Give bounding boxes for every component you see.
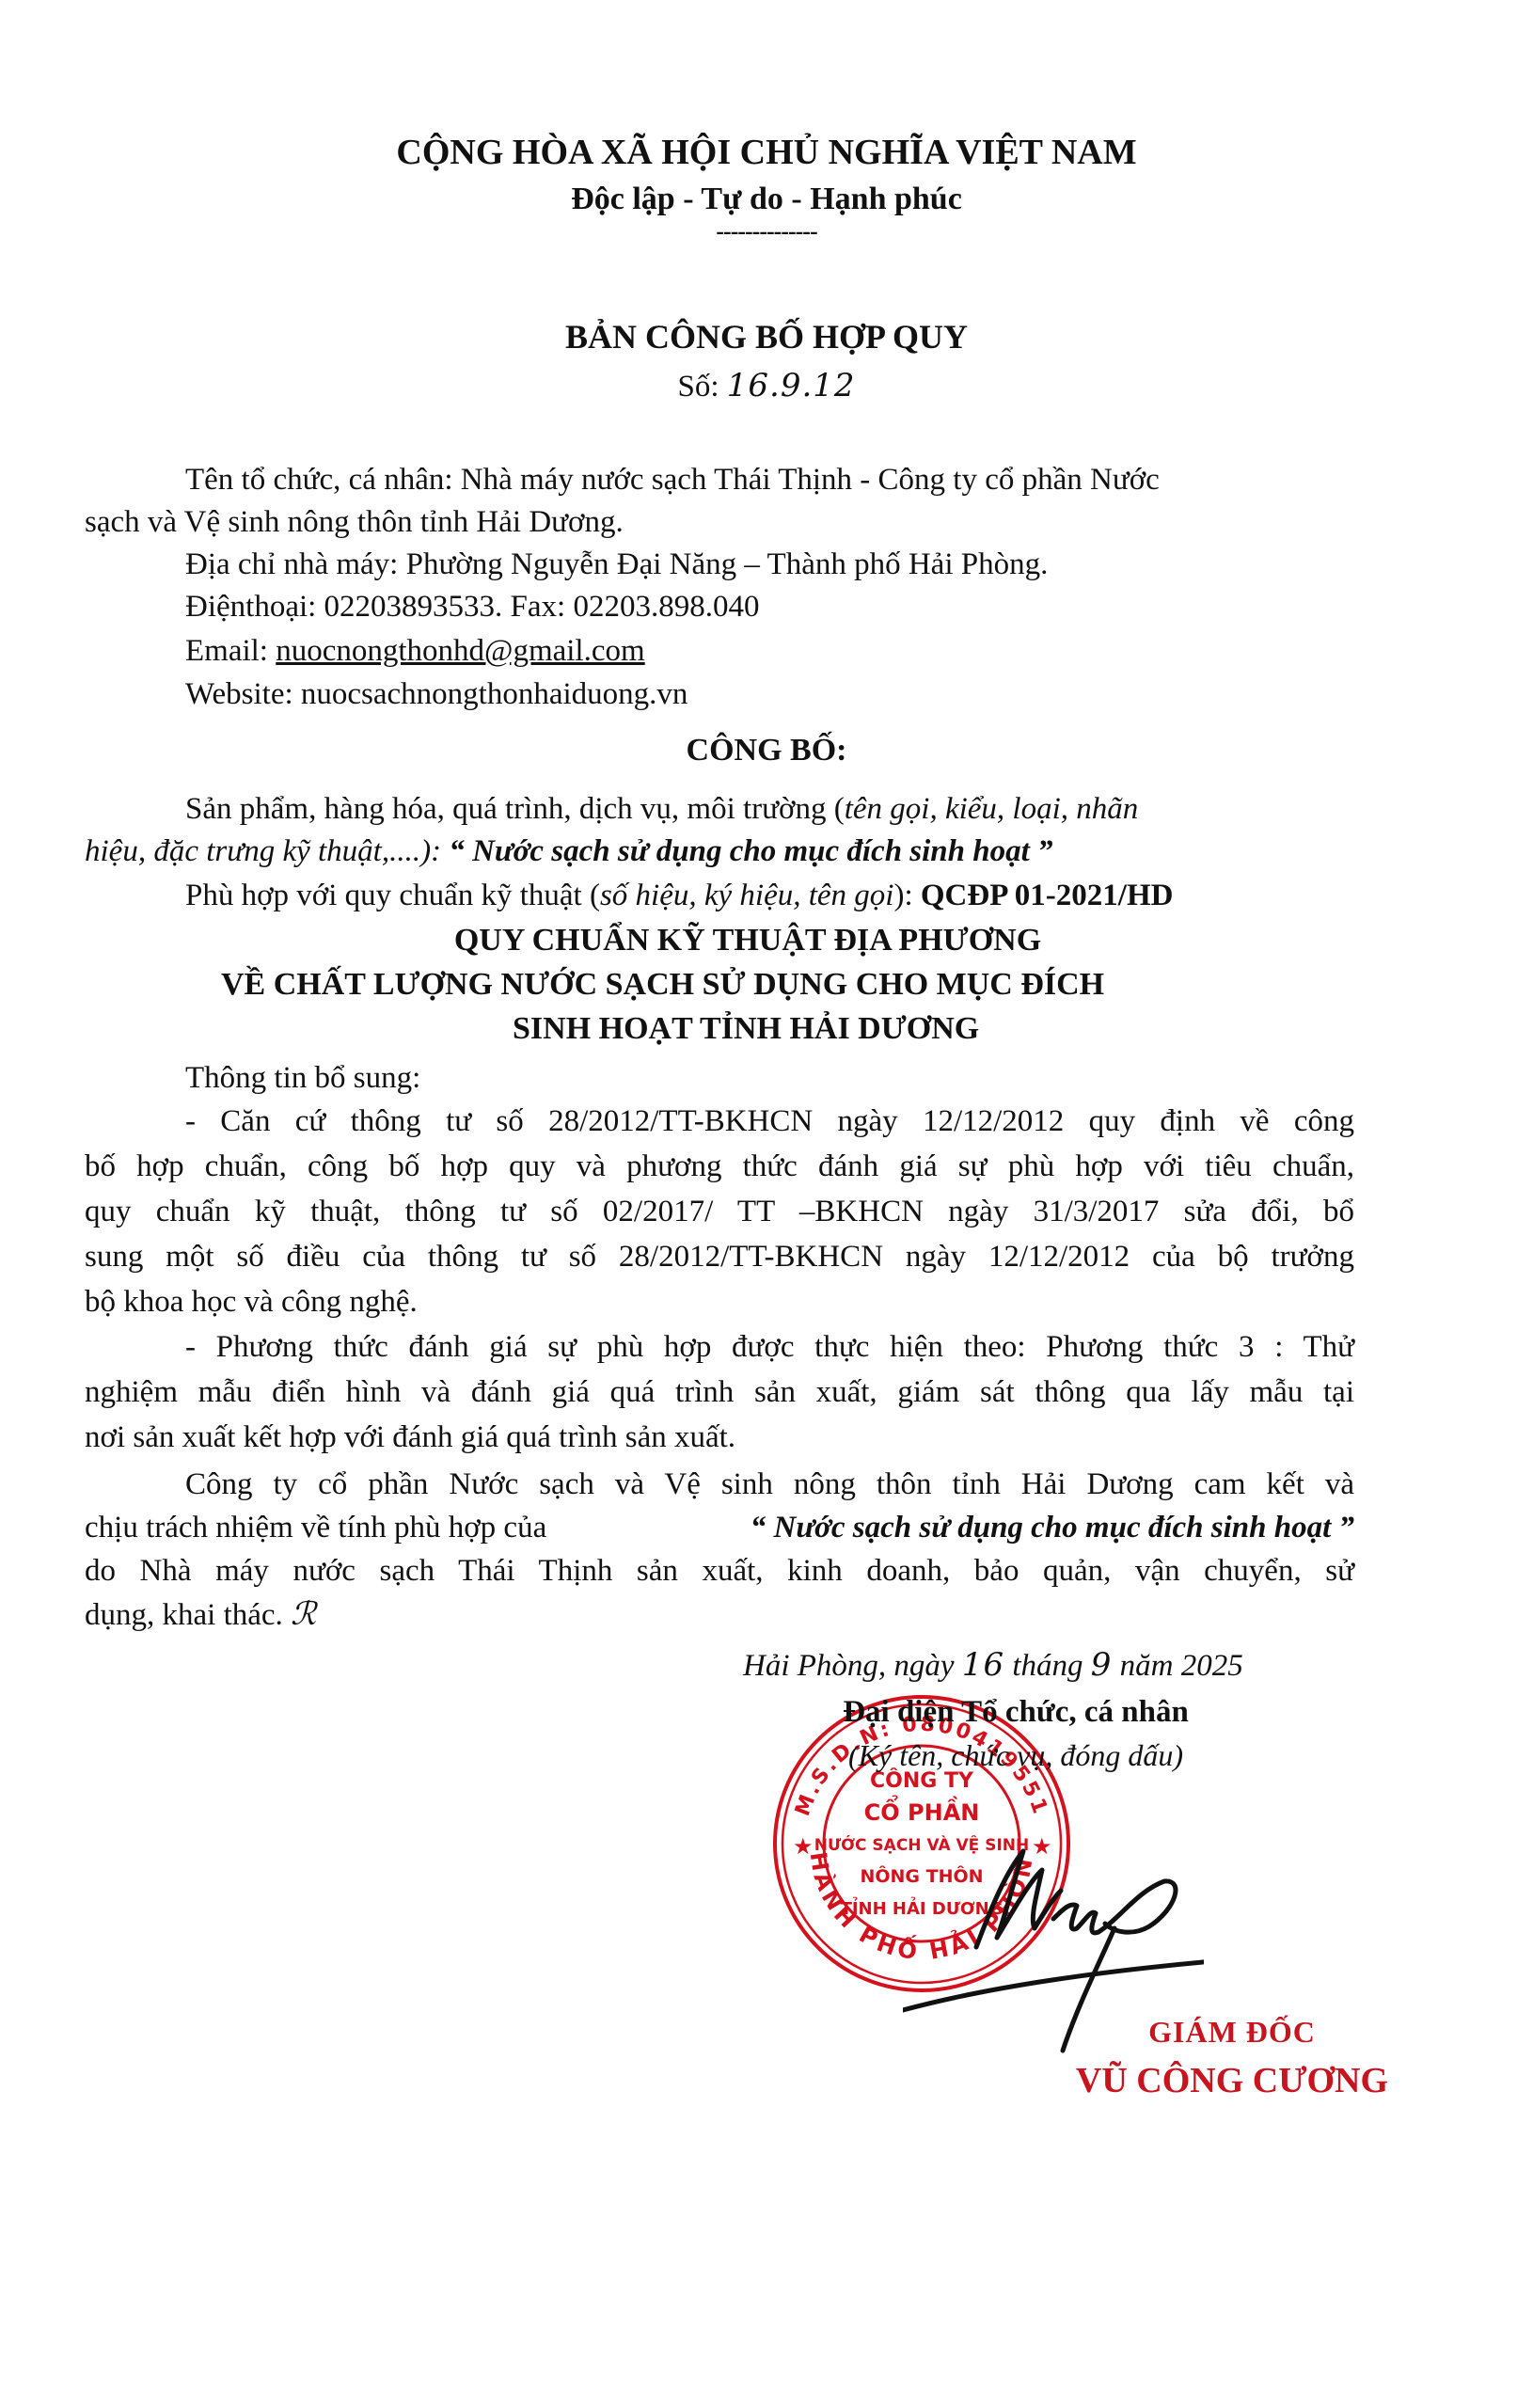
org-name-line2: sạch và Vệ sinh nông thôn tỉnh Hải Dương…	[85, 503, 624, 541]
initials-mark: ℛ	[291, 1595, 317, 1633]
commit-line1: Công ty cổ phần Nước sạch và Vệ sinh nôn…	[185, 1465, 1354, 1503]
product-line2: hiệu, đặc trưng kỹ thuật,....): “ Nước s…	[85, 832, 1053, 870]
representative-label: Đại diện Tổ chức, cá nhân	[658, 1693, 1373, 1731]
number-label: Số:	[677, 370, 719, 404]
date-month: 9	[1091, 1646, 1113, 1684]
extra-para1-line5: bộ khoa học và công nghệ.	[85, 1283, 418, 1321]
conform-hint: số hiệu, ký hiệu, tên gọi	[600, 879, 894, 912]
number-value: 16.9.12	[727, 367, 856, 404]
commit-prefix: chịu trách nhiệm về tính phù hợp của	[85, 1509, 546, 1546]
date-year: năm 2025	[1112, 1649, 1242, 1683]
extra-para1-line3: quy chuẩn kỹ thuật, thông tư số 02/2017/…	[85, 1193, 1354, 1230]
commit-product: “ Nước sạch sử dụng cho mục đích sinh ho…	[751, 1509, 1354, 1546]
date-place: Hải Phòng, ngày	[743, 1649, 962, 1683]
document-title: BẢN CÔNG BỐ HỢP QUY	[0, 318, 1533, 356]
extra-heading: Thông tin bổ sung:	[185, 1059, 420, 1097]
date-day: 16	[962, 1646, 1004, 1684]
product-hint1: tên gọi, kiểu, loại, nhãn	[845, 792, 1139, 826]
extra-para2-line3: nơi sản xuất kết hợp với đánh giá quá tr…	[85, 1418, 735, 1456]
product-line1: Sản phẩm, hàng hóa, quá trình, dịch vụ, …	[185, 790, 1351, 828]
conform-suffix: ):	[893, 879, 920, 912]
document-number: Số: 16.9.12	[0, 367, 1533, 405]
extra-para2-line2: nghiệm mẫu điển hình và đánh giá quá trì…	[85, 1373, 1354, 1411]
org-address: Địa chỉ nhà máy: Phường Nguyễn Đại Năng …	[185, 546, 1048, 583]
product-name: “ Nước sạch sử dụng cho mục đích sinh ho…	[449, 834, 1052, 868]
signer-position: GIÁM ĐỐC	[1072, 2013, 1392, 2051]
extra-para2-line1: - Phương thức đánh giá sự phù hợp được t…	[185, 1328, 1354, 1366]
star-left-icon: ★	[793, 1833, 814, 1860]
extra-para1-line4: sung một số điều của thông tư số 28/2012…	[85, 1238, 1354, 1275]
signer-name: VŨ CÔNG CƯƠNG	[1058, 2062, 1406, 2099]
commit-line2: chịu trách nhiệm về tính phù hợp của “ N…	[85, 1509, 1354, 1546]
org-website: Website: nuocsachnongthonhaiduong.vn	[185, 675, 687, 713]
header-divider: --------------	[0, 213, 1533, 250]
country-name: CỘNG HÒA XÃ HỘI CHỦ NGHĨA VIỆT NAM	[0, 134, 1533, 171]
signing-date: Hải Phòng, ngày 16 tháng 9 năm 2025	[743, 1646, 1243, 1685]
standard-title-2: VỀ CHẤT LƯỢNG NƯỚC SẠCH SỬ DỤNG CHO MỤC …	[221, 966, 1104, 1004]
org-name-line1: Tên tổ chức, cá nhân: Nhà máy nước sạch …	[185, 461, 1160, 499]
standard-title-3: SINH HOẠT TỈNH HẢI DƯƠNG	[513, 1010, 979, 1048]
representative-hint: (Ký tên, chức vụ, đóng dấu)	[658, 1736, 1373, 1774]
org-phone-fax: Điệnthoại: 02203893533. Fax: 02203.898.0…	[185, 588, 759, 626]
product-prefix: Sản phẩm, hàng hóa, quá trình, dịch vụ, …	[185, 792, 845, 826]
commit-line3: do Nhà máy nước sạch Thái Thịnh sản xuất…	[85, 1552, 1354, 1590]
org-email: Email: nuocnongthonhd@gmail.com	[185, 632, 645, 670]
commit-line4: dụng, khai thác. ℛ	[85, 1595, 317, 1634]
conform-prefix: Phù hợp với quy chuẩn kỹ thuật (	[185, 879, 600, 912]
email-label: Email:	[185, 634, 276, 668]
commit-text: dụng, khai thác.	[85, 1598, 283, 1632]
standard-code: QCĐP 01-2021/HD	[921, 879, 1174, 912]
email-link[interactable]: nuocnongthonhd@gmail.com	[276, 634, 644, 668]
conformity-line: Phù hợp với quy chuẩn kỹ thuật (số hiệu,…	[185, 877, 1173, 914]
declare-heading: CÔNG BỐ:	[0, 732, 1533, 769]
product-hint2: hiệu, đặc trưng kỹ thuật,....):	[85, 834, 449, 868]
standard-title-1: QUY CHUẨN KỸ THUẬT ĐỊA PHƯƠNG	[0, 922, 1533, 959]
date-month-label: tháng	[1004, 1649, 1091, 1683]
extra-para1-line1: - Căn cứ thông tư số 28/2012/TT-BKHCN ng…	[185, 1102, 1354, 1140]
extra-para1-line2: bố hợp chuẩn, công bố hợp quy và phương …	[85, 1148, 1354, 1185]
